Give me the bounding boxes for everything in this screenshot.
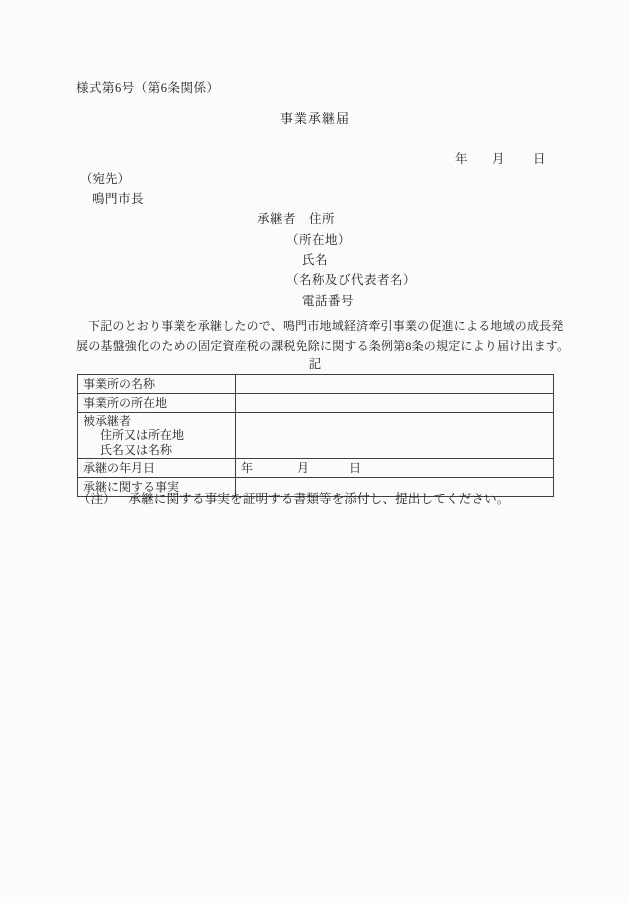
predecessor-label: 被承継者 xyxy=(83,414,235,428)
body-paragraph-line-1: 下記のとおり事業を承継したので、鳴門市地域経済牽引事業の促進による地域の成長発 xyxy=(76,317,586,337)
ki-section-label: 記 xyxy=(0,356,630,374)
table-row-predecessor: 被承継者 住所又は所在地 氏名又は名称 xyxy=(78,413,554,459)
office-location-label: 事業所の所在地 xyxy=(78,394,236,413)
successor-name-label: 氏名 xyxy=(302,252,328,270)
office-location-value xyxy=(236,394,554,413)
successor-location-label: （所在地） xyxy=(286,232,351,250)
footnote-text: 承継に関する事実を証明する書類等を添付し、提出してください。 xyxy=(129,492,510,506)
succession-date-value: 年 月 日 xyxy=(236,459,554,478)
table-row-office-location: 事業所の所在地 xyxy=(78,394,554,413)
addressee-name: 鳴門市長 xyxy=(92,191,144,209)
predecessor-value xyxy=(236,413,554,459)
form-number: 様式第6号（第6条関係） xyxy=(76,80,220,98)
date-year-label: 年 xyxy=(455,151,468,169)
succession-date-day-label: 日 xyxy=(349,460,361,477)
predecessor-label-cell: 被承継者 住所又は所在地 氏名又は名称 xyxy=(78,413,236,459)
body-paragraph: 下記のとおり事業を承継したので、鳴門市地域経済牽引事業の促進による地域の成長発 … xyxy=(76,317,586,356)
succession-notification-form-page: 様式第6号（第6条関係） 事業承継届 年 月 日 （宛先） 鳴門市長 承継者 住… xyxy=(0,0,630,903)
page-title: 事業承継届 xyxy=(0,110,630,128)
table-row-office-name: 事業所の名称 xyxy=(78,375,554,394)
succession-details-table: 事業所の名称 事業所の所在地 被承継者 住所又は所在地 氏名又は名称 承継の年月… xyxy=(77,374,554,497)
succession-date-month-label: 月 xyxy=(297,460,309,477)
date-month-label: 月 xyxy=(492,151,505,169)
succession-date-label: 承継の年月日 xyxy=(78,459,236,478)
submission-date-line: 年 月 日 xyxy=(0,151,630,167)
successor-company-representative-label: （名称及び代表者名） xyxy=(286,272,416,290)
office-name-label: 事業所の名称 xyxy=(78,375,236,394)
office-name-value xyxy=(236,375,554,394)
successor-phone-label: 電話番号 xyxy=(302,293,354,311)
table-row-succession-date: 承継の年月日 年 月 日 xyxy=(78,459,554,478)
succession-date-year-label: 年 xyxy=(241,461,253,475)
footnote-prefix: （注） xyxy=(78,492,116,506)
predecessor-name-label: 氏名又は名称 xyxy=(83,443,235,457)
successor-address-label: 承継者 住所 xyxy=(257,211,335,229)
footnote: （注）承継に関する事実を証明する書類等を添付し、提出してください。 xyxy=(78,491,510,509)
addressee-prefix: （宛先） xyxy=(80,171,130,189)
body-paragraph-line-2: 展の基盤強化のための固定資産税の課税免除に関する条例第8条の規定により届け出ます… xyxy=(76,337,586,357)
predecessor-address-label: 住所又は所在地 xyxy=(83,428,235,442)
date-day-label: 日 xyxy=(533,151,546,169)
